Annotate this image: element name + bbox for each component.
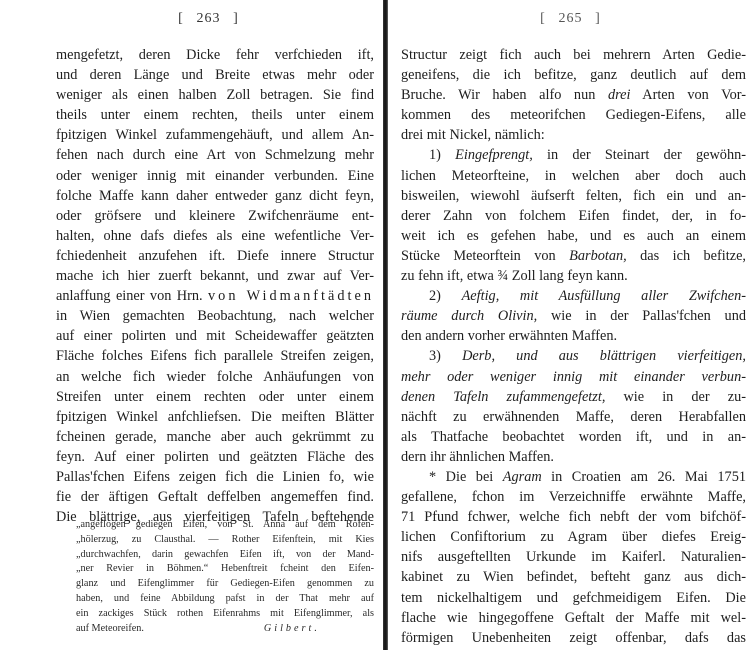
footnote: „angeflogen gediegen Eifen, von St. Anna…	[76, 518, 374, 636]
list-number: 1)	[429, 147, 455, 163]
text-fragment: wie in der Pallas'fchen und	[537, 308, 746, 324]
emphasis: Agram	[503, 469, 542, 485]
text-line: 71 Pfund fchwer, welche fich nebft der v…	[401, 507, 746, 527]
emphasis: Barbotan,	[569, 248, 627, 264]
text-line: fpitzigen Winkel zufammengehäuft, und al…	[56, 125, 374, 145]
text-line: räume durch Olivin, wie in der Pallas'fc…	[401, 306, 746, 326]
text-line: mengefetzt, deren Dicke fehr verfchieden…	[56, 45, 374, 65]
emphasis: denen Tafeln zufammengefetzt,	[401, 389, 605, 405]
text-line: lichen Confiftorium zu Agram über diefes…	[401, 527, 746, 547]
footnote-last-line: auf Meteoreifen.Gilbert.	[76, 622, 374, 637]
text-line: Stücke Meteorftein von Barbotan, das ich…	[401, 246, 746, 266]
emphasis: Aeftig, mit Ausfüllung aller Zwifchen-	[462, 288, 746, 304]
text-line: flache wie hingegoffene Geftalt der Maff…	[401, 608, 746, 628]
bracket-open: [	[532, 11, 554, 27]
text-line: Pallas'fchen Eifens zeigen fich die Lini…	[56, 467, 374, 487]
text-line: dern ihr ähnlichen Maffen.	[401, 447, 746, 467]
text-line: fie der äftigen Geftalt deffelben angeme…	[56, 487, 374, 507]
text-line: oder gröfsere und kleinere Zwifchenräume…	[56, 206, 374, 226]
text-line: feyn. Auf einer polirten und geätzten Fl…	[56, 447, 374, 467]
text-line: Bruche. Wir haben alfo nun drei Arten vo…	[401, 85, 746, 105]
text-line: weniger als einen halben Zoll betragen. …	[56, 85, 374, 105]
book-spread: [ 263 ] mengefetzt, deren Dicke fehr ver…	[0, 0, 750, 650]
text-line: in Wien gemachten Beobachtung, nach welc…	[56, 306, 374, 326]
text-fragment: Arten von Vor-	[630, 87, 746, 103]
text-line: theils unter einem rechten, theils unter…	[56, 105, 374, 125]
list-item-1: 1) Eingefprengt, in der Steinart der gew…	[401, 145, 746, 165]
list-number: 3)	[429, 348, 462, 364]
text-line: den andern vorher erwähnten Maffen.	[401, 326, 746, 346]
left-page-number: [ 263 ]	[170, 11, 247, 27]
text-line: derer Zahn von folchem Eifen findet, der…	[401, 206, 746, 226]
emphasis: räume durch Olivin,	[401, 308, 537, 324]
text-line: mache ich hier zuerft bekannt, und zwar …	[56, 266, 374, 286]
text-line: kabinet zu Wien befindet, befteht ganz a…	[401, 567, 746, 587]
spaced-name: von Widmanftädten	[208, 288, 374, 304]
text-line: mehr oder weniger innig mit einander ver…	[401, 367, 746, 387]
text-line: gefallene, fchon im Verzeichniffe erwähn…	[401, 487, 746, 507]
right-folio-number: 265	[559, 11, 583, 26]
footnote-signature: Gilbert.	[264, 622, 320, 637]
left-folio-number: 263	[197, 11, 221, 26]
text-line: fehen nach durch eine Art von Schmelzung…	[56, 145, 374, 165]
text-line: fcheinen gerade, manche aber auch gekrüm…	[56, 427, 374, 447]
text-line: und deren Länge und Breite etwas mehr od…	[56, 65, 374, 85]
text-line: geneifens, die ich befitze, ganz deutlic…	[401, 65, 746, 85]
footnote-line: „durchwachfen, darin gewachfen Eifen ift…	[76, 548, 374, 563]
text-line: Structur zeigt fich auch bei mehrern Art…	[401, 45, 746, 65]
text-line: Fläche folches Eifens fich parallele Str…	[56, 346, 374, 366]
text-line: Streifen unter einem rechten oder unter …	[56, 387, 374, 407]
text-fragment: Stücke Meteorftein von	[401, 248, 569, 264]
bracket-open: [	[170, 11, 192, 27]
text-fragment: in der Steinart der gewöhn-	[533, 147, 746, 163]
right-page: [ 265 ] Structur zeigt fich auch bei meh…	[389, 0, 750, 650]
footnote-marker-paragraph: * Die bei Agram in Croatien am 26. Mai 1…	[401, 467, 746, 487]
list-number: 2)	[429, 288, 462, 304]
list-item-2: 2) Aeftig, mit Ausfüllung aller Zwifchen…	[401, 286, 746, 306]
text-line: fchiedenheit anzufehen ift. Diefe innere…	[56, 246, 374, 266]
list-item-3: 3) Derb, und aus blättrigen vierfeitigen…	[401, 346, 746, 366]
text-line: halten, ohne dafs diefes als eine wefent…	[56, 226, 374, 246]
text-fragment: anlaffung einer von Hrn.	[56, 288, 203, 304]
footnote-line: ein zackiges Stück rothen Eifenrahms mit…	[76, 607, 374, 622]
text-line: auf einer polirten und mit Scheidewaffer…	[56, 326, 374, 346]
text-line-with-name: anlaffung einer von Hrn. von Widmanftädt…	[56, 286, 374, 306]
emphasis: drei	[608, 87, 631, 103]
emphasis: Eingefprengt,	[455, 147, 533, 163]
text-line: nifs ausgeftellten Urkunde im Kaiferl. N…	[401, 547, 746, 567]
text-line: nächft zu erwähnenden Maffe, deren Herab…	[401, 407, 746, 427]
emphasis: Derb, und aus blättrigen vierfeitigen,	[462, 348, 746, 364]
text-line: folche Maffe kann daher entweder ganz di…	[56, 186, 374, 206]
text-line: denen Tafeln zufammengefetzt, wie in der…	[401, 387, 746, 407]
left-body-text: mengefetzt, deren Dicke fehr verfchieden…	[56, 45, 374, 527]
footnote-line: „ner Revier in Böhmen.“ Hebenftreit fche…	[76, 562, 374, 577]
footnote-line: „angeflogen gediegen Eifen, von St. Anna…	[76, 518, 374, 533]
text-line: bisweilen, wiewohl äufserft felten, fich…	[401, 186, 746, 206]
text-line: fpitzigen Winkel anfchliefsen. Die meift…	[56, 407, 374, 427]
bracket-close: ]	[587, 11, 609, 27]
text-line: lichen Meteorfteine, in welchen aber doc…	[401, 166, 746, 186]
text-line: zu fehn ift, etwa ¾ Zoll lang feyn kann.	[401, 266, 746, 286]
text-fragment: Bruche. Wir haben alfo nun	[401, 87, 608, 103]
text-line: kommen des meteorifchen Gediegen-Eifens,…	[401, 105, 746, 125]
text-fragment: das ich befitze,	[627, 248, 746, 264]
text-fragment: in Croatien am 26. Mai 1751	[542, 469, 746, 485]
text-line: förmigen Unebenheiten zeigt offenbar, da…	[401, 628, 746, 648]
footnote-line: glanz und Eifenglimmer für Gediegen-Eife…	[76, 577, 374, 592]
left-page: [ 263 ] mengefetzt, deren Dicke fehr ver…	[0, 0, 385, 650]
text-line: als Thatfache beobachtet worden ift, und…	[401, 427, 746, 447]
text-line: drei mit Nickel, nämlich:	[401, 125, 746, 145]
text-fragment: * Die bei	[429, 469, 503, 485]
text-line: weit ich es gefehen habe, und es auch an…	[401, 226, 746, 246]
footnote-line-text: auf Meteoreifen.	[76, 623, 144, 634]
right-body-text: Structur zeigt fich auch bei mehrern Art…	[401, 45, 746, 648]
text-fragment: wie in der zu-	[605, 389, 746, 405]
bracket-close: ]	[225, 11, 247, 27]
book-gutter-divider	[383, 0, 388, 650]
text-line: an welche fich wieder folche Anhäufungen…	[56, 367, 374, 387]
text-line: oder weniger innig mit einander verbunde…	[56, 166, 374, 186]
footnote-line: „hölerzug, zu Clausthal. — Rother Eifenf…	[76, 533, 374, 548]
right-page-number: [ 265 ]	[532, 11, 609, 27]
text-line: tem nickelhaltigem und gefchmeidigem Eif…	[401, 588, 746, 608]
footnote-line: haben, und feine Abbildung pafst in der …	[76, 592, 374, 607]
